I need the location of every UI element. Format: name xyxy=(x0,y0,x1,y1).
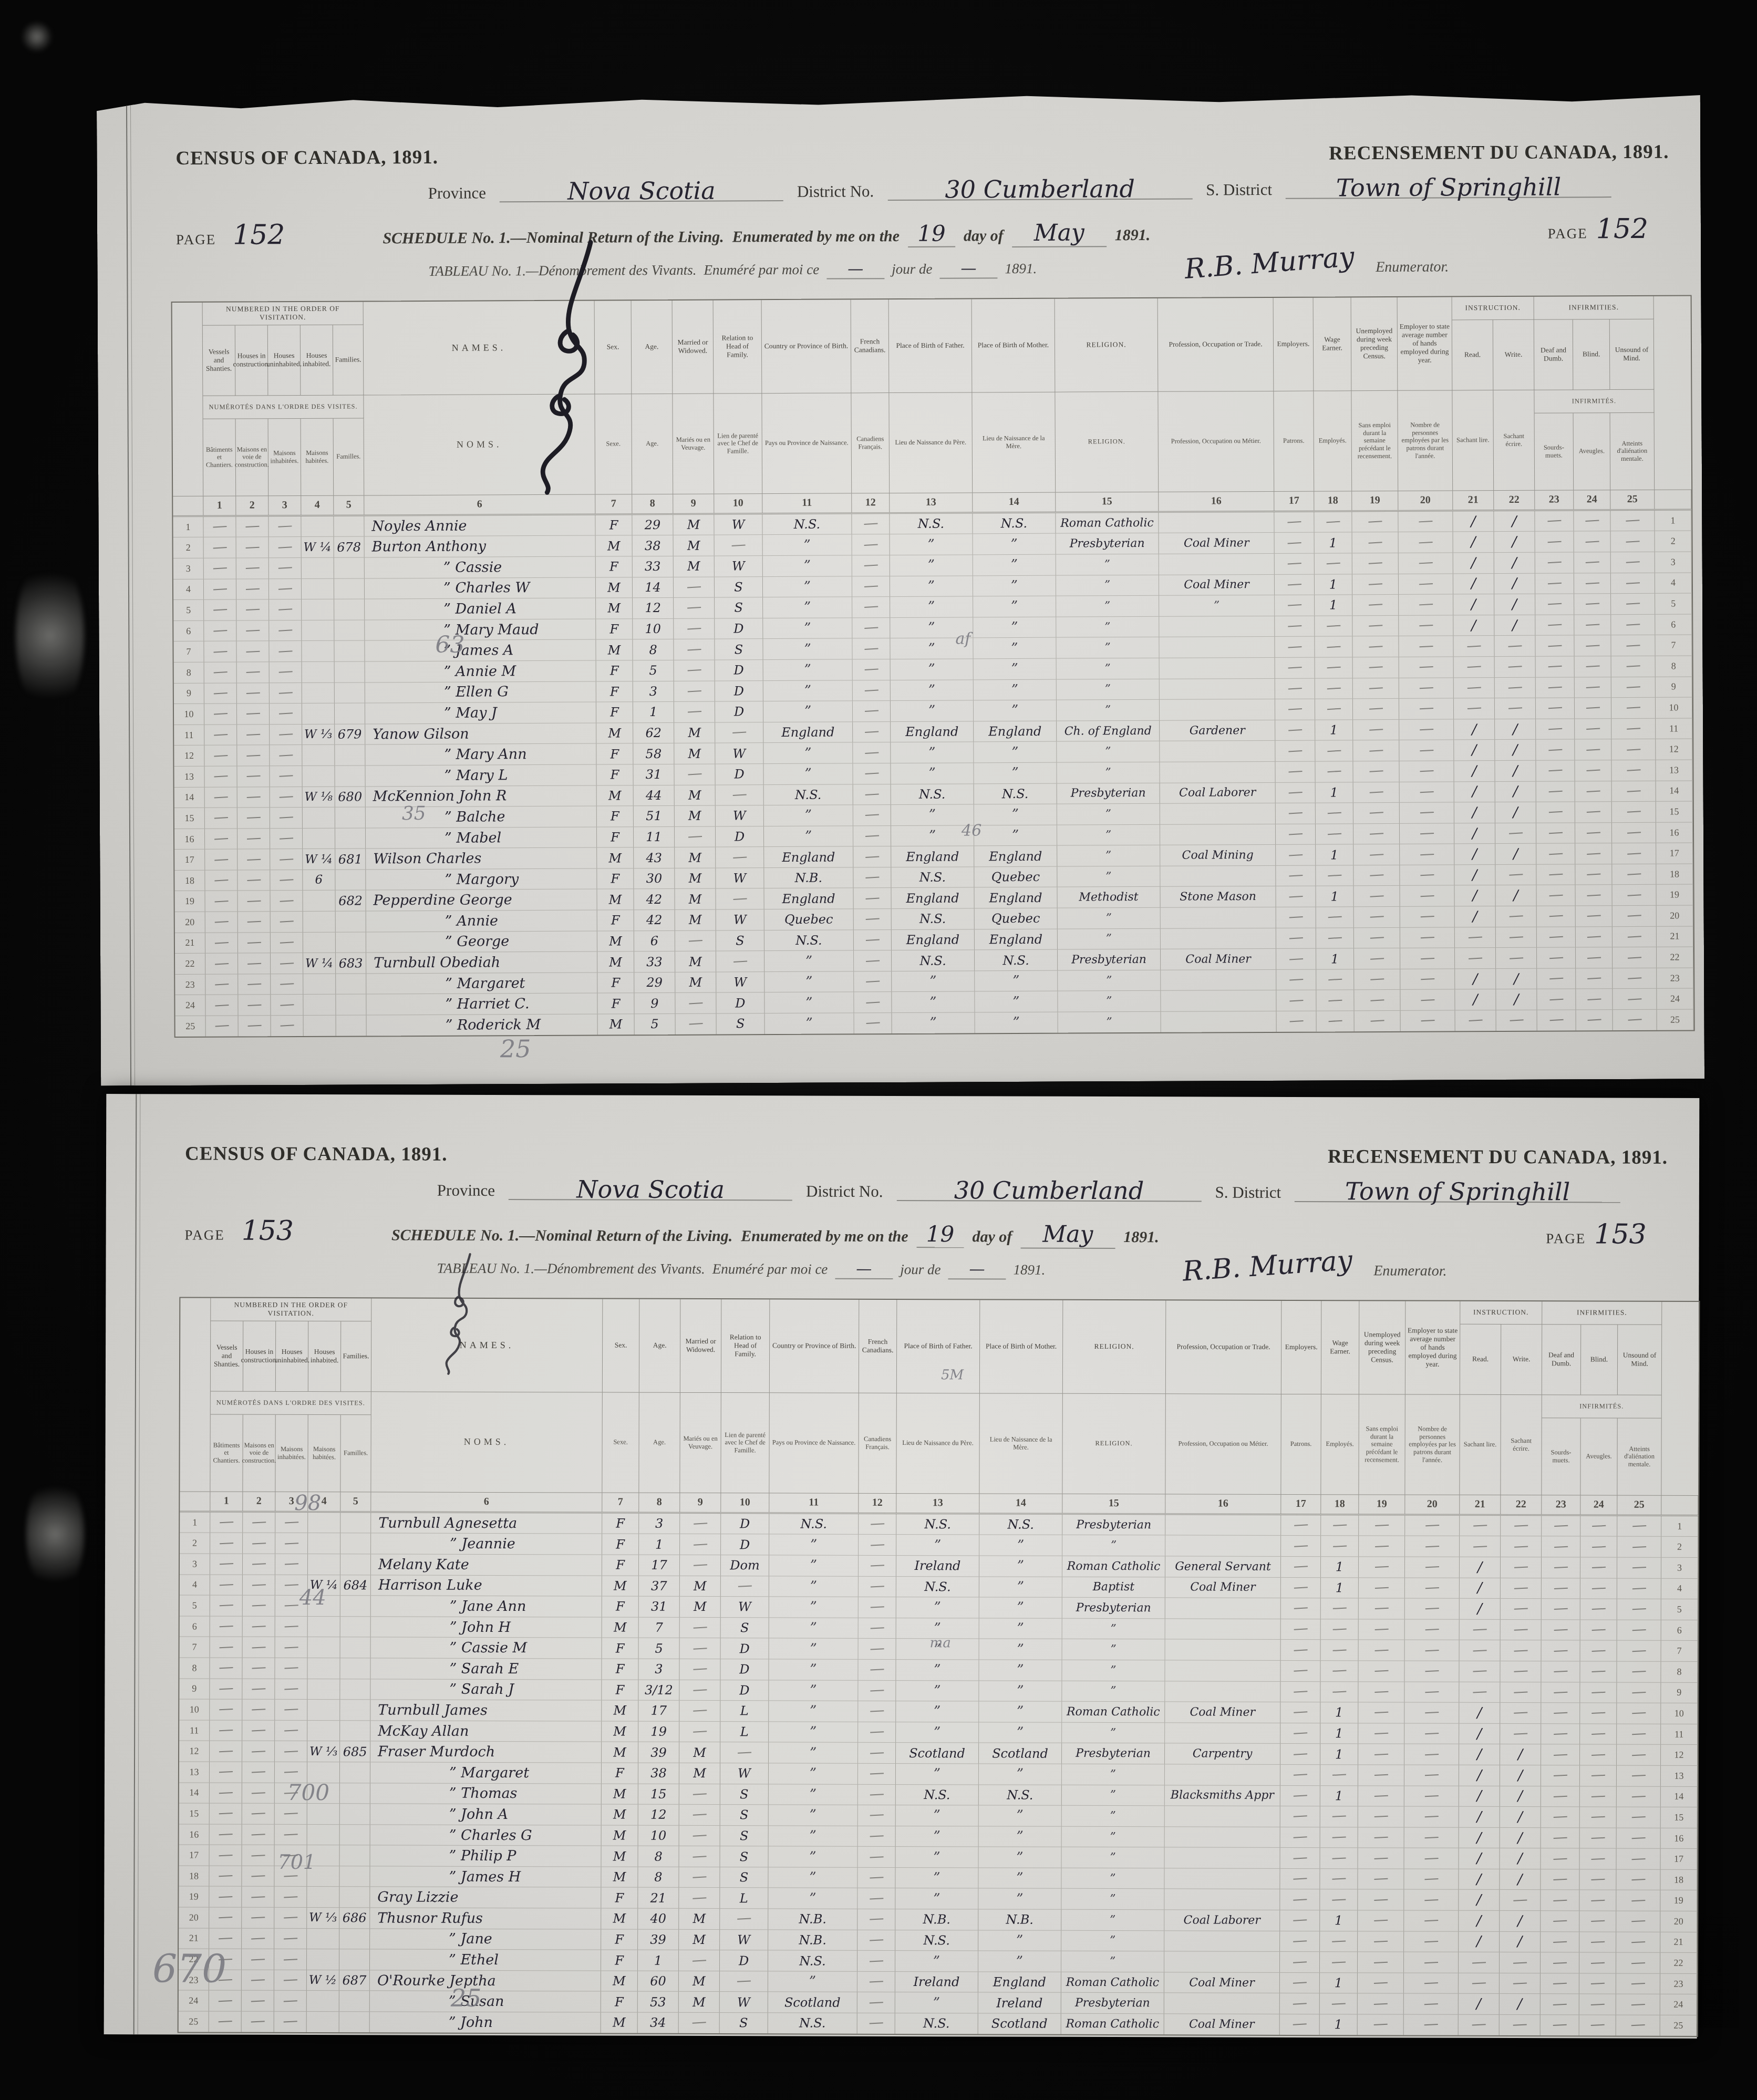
enumerated-month-fr: — xyxy=(948,1260,1006,1279)
col-employers xyxy=(1276,907,1316,928)
col-sex: M xyxy=(601,1867,638,1887)
col-occupation: Coal Miner xyxy=(1164,1972,1280,1993)
col-father-birthplace: England xyxy=(891,721,974,742)
col-religion: ” xyxy=(1058,929,1161,949)
col-write xyxy=(1501,1536,1542,1557)
col-houses-uninhabited xyxy=(270,683,302,704)
col-mother-birthplace: ” xyxy=(973,638,1056,658)
col-header-occupation-fr: Profession, Occupation ou Métier. xyxy=(1158,391,1274,492)
col-unsound xyxy=(1611,718,1656,739)
col-relation xyxy=(721,1576,769,1597)
row-number: 4 xyxy=(173,579,204,599)
col-birthplace: ” xyxy=(769,1847,858,1867)
col-header-uninhabited-en: Houses uninhabited. xyxy=(268,325,301,396)
col-houses-uninhabited xyxy=(270,808,303,828)
corner-cell xyxy=(180,1492,210,1511)
column-number: 3 xyxy=(268,496,301,515)
col-hands-employed xyxy=(1404,1994,1459,2014)
col-header-read-fr: Sachant lire. xyxy=(1460,1395,1501,1495)
col-header-deaf-fr: Sourds-muets. xyxy=(1542,1418,1580,1495)
col-birthplace: ” xyxy=(769,1826,858,1846)
col-hands-employed xyxy=(1405,1515,1460,1536)
col-married: M xyxy=(680,1597,721,1617)
col-write xyxy=(1495,698,1536,719)
col-vessels xyxy=(210,1637,243,1658)
table-header: NUMBERED IN THE ORDER OF VISITATION. Ves… xyxy=(172,296,1692,496)
col-houses-construction xyxy=(242,1949,274,1970)
col-blind xyxy=(1575,760,1611,781)
group-visitation-fr: NUMÉROTÉS DANS L'ORDRE DES VISITES. xyxy=(211,1391,371,1415)
col-header-occupation-fr: Profession, Occupation ou Métier. xyxy=(1165,1394,1281,1494)
col-occupation: Stone Mason xyxy=(1160,886,1276,907)
col-vessels xyxy=(210,1679,242,1699)
day-of-label-fr: jour de xyxy=(892,261,932,277)
group-instruction-en: INSTRUCTION. xyxy=(1460,1301,1542,1325)
col-wage-earner xyxy=(1321,1640,1359,1660)
col-unemployed xyxy=(1353,865,1400,886)
col-houses-construction xyxy=(237,766,270,787)
col-employers xyxy=(1276,969,1316,990)
col-family-number xyxy=(340,1825,370,1845)
col-family-number xyxy=(335,870,366,890)
col-deaf xyxy=(1542,1641,1580,1661)
col-blind xyxy=(1579,1890,1616,1911)
col-read: / xyxy=(1459,1827,1500,1848)
row-number: 11 xyxy=(1661,1724,1698,1745)
column-number: 17 xyxy=(1274,491,1314,510)
col-read xyxy=(1459,1952,1500,1973)
col-write: / xyxy=(1500,1807,1541,1827)
col-birthplace: England xyxy=(764,847,853,867)
col-name: ” John H xyxy=(371,1617,602,1638)
col-unemployed xyxy=(1353,844,1400,865)
column-number: 4 xyxy=(308,1492,340,1511)
col-french-canadian xyxy=(853,784,891,805)
col-houses-uninhabited xyxy=(271,933,303,953)
col-relation: W xyxy=(720,1763,769,1784)
col-father-birthplace: ” xyxy=(891,742,974,763)
col-write: / xyxy=(1496,989,1537,1010)
col-age: 8 xyxy=(633,639,674,660)
col-houses-construction xyxy=(237,683,270,704)
col-vessels xyxy=(206,1016,239,1037)
col-read: / xyxy=(1459,1931,1500,1952)
col-name: ” Margaret xyxy=(366,973,597,994)
row-number: 25 xyxy=(1660,2015,1697,2036)
col-father-birthplace: ” xyxy=(896,1722,979,1743)
col-sex: F xyxy=(596,681,633,702)
col-name: Thusnor Rufus xyxy=(370,1908,601,1929)
col-hands-employed xyxy=(1400,886,1454,906)
col-header-read-fr: Sachant lire. xyxy=(1452,390,1494,490)
col-unsound xyxy=(1611,573,1655,593)
col-wage-earner xyxy=(1320,1848,1358,1868)
col-father-birthplace: ” xyxy=(891,805,974,825)
col-name: ” Annie xyxy=(366,911,597,932)
row-number: 8 xyxy=(1661,1662,1698,1682)
group-visitation-fr: NUMÉROTÉS DANS L'ORDRE DES VISITES. xyxy=(203,395,364,419)
col-houses-uninhabited xyxy=(275,1721,307,1741)
col-unemployed xyxy=(1352,636,1399,657)
col-mother-birthplace: ” xyxy=(978,1951,1061,1972)
col-age: 14 xyxy=(633,577,674,597)
col-vessels xyxy=(204,537,236,558)
table-row: 8” Sarah EF3D””””8 xyxy=(179,1657,1698,1682)
col-family-number: 686 xyxy=(339,1908,370,1928)
col-mother-birthplace: England xyxy=(974,887,1057,908)
col-employers xyxy=(1281,1536,1321,1556)
col-houses-uninhabited xyxy=(270,829,303,849)
col-name: ” Philip P xyxy=(370,1846,602,1867)
col-houses-construction xyxy=(236,516,268,537)
row-number: 6 xyxy=(1661,1620,1698,1641)
col-unemployed xyxy=(1359,1536,1405,1557)
col-married xyxy=(674,618,715,639)
col-houses-uninhabited xyxy=(270,891,303,911)
col-houses-construction xyxy=(243,1533,275,1554)
col-family-number xyxy=(334,641,365,661)
col-houses-uninhabited xyxy=(274,1908,307,1928)
col-family-number xyxy=(340,1804,370,1824)
col-vessels xyxy=(204,579,236,599)
col-occupation xyxy=(1165,1660,1280,1681)
col-age: 3 xyxy=(638,1659,679,1680)
col-vessels xyxy=(210,1533,243,1554)
col-french-canadian xyxy=(853,805,891,825)
col-occupation xyxy=(1165,1681,1280,1702)
col-sex: F xyxy=(602,1597,639,1617)
col-deaf xyxy=(1541,1828,1580,1848)
col-write xyxy=(1495,865,1536,885)
col-relation xyxy=(720,1742,769,1763)
col-unsound xyxy=(1611,552,1655,573)
col-read: / xyxy=(1460,1599,1501,1619)
col-deaf xyxy=(1541,1994,1579,2015)
col-occupation xyxy=(1165,1536,1281,1556)
col-unemployed xyxy=(1358,1661,1404,1681)
col-hands-employed xyxy=(1399,532,1453,553)
col-header-inhabited-en: Houses inhabited. xyxy=(308,1321,341,1392)
col-unemployed xyxy=(1354,969,1400,990)
col-relation: W xyxy=(721,1597,769,1617)
col-french-canadian xyxy=(853,701,891,721)
col-sex: F xyxy=(602,1534,639,1555)
pencil-note: 25 xyxy=(500,1037,531,1061)
col-blind xyxy=(1580,1599,1617,1620)
col-wage-earner xyxy=(1315,553,1352,574)
col-wage-earner xyxy=(1320,1994,1358,2014)
col-name: ” Margory xyxy=(366,868,597,890)
col-write xyxy=(1494,636,1535,656)
col-houses-uninhabited xyxy=(274,1866,307,1887)
col-birthplace: ” xyxy=(769,1576,859,1597)
col-married: M xyxy=(675,847,716,868)
col-birthplace: ” xyxy=(764,992,854,1013)
col-vessels xyxy=(210,1512,243,1533)
row-number: 4 xyxy=(180,1575,210,1595)
col-married xyxy=(680,1638,721,1659)
col-wage-earner xyxy=(1320,1806,1358,1827)
col-read: / xyxy=(1454,719,1495,740)
col-hands-employed xyxy=(1404,1807,1459,1827)
table-row: 18” James HM8S””””//18 xyxy=(179,1865,1697,1890)
col-birthplace: ” xyxy=(769,1805,858,1825)
col-religion: ” xyxy=(1056,554,1159,575)
col-deaf xyxy=(1535,636,1574,656)
col-birthplace: ” xyxy=(769,1597,859,1618)
col-mother-birthplace: ” xyxy=(979,1598,1062,1618)
col-houses-uninhabited xyxy=(275,1533,308,1554)
col-houses-uninhabited xyxy=(274,2012,307,2032)
col-relation: W xyxy=(716,868,764,888)
col-occupation: Coal Miner xyxy=(1164,2014,1280,2034)
col-sex: F xyxy=(602,1638,639,1659)
col-wage-earner: 1 xyxy=(1320,1973,1358,1993)
col-father-birthplace: ” xyxy=(896,1639,979,1659)
col-header-wage-fr: Employés. xyxy=(1321,1394,1359,1494)
col-name: ” Annie M xyxy=(365,660,596,682)
col-french-canadian xyxy=(852,638,890,659)
col-occupation xyxy=(1161,928,1276,949)
col-occupation: Blacksmiths Appr xyxy=(1165,1785,1280,1806)
col-house: W ⅓ xyxy=(307,1741,340,1762)
col-married xyxy=(680,1534,721,1555)
col-religion: ” xyxy=(1057,762,1160,783)
col-wage-earner xyxy=(1315,678,1353,699)
col-married xyxy=(679,1867,720,1888)
col-sex: M xyxy=(597,785,634,806)
col-name: ” Roderick M xyxy=(367,1015,598,1036)
col-houses-construction xyxy=(237,891,270,912)
col-family-number xyxy=(336,912,366,932)
column-number: 8 xyxy=(639,1493,680,1512)
col-mother-birthplace: ” xyxy=(978,1847,1061,1868)
col-employers xyxy=(1275,533,1315,553)
col-write xyxy=(1500,1952,1541,1973)
col-read: / xyxy=(1455,969,1496,989)
col-religion: ” xyxy=(1061,1847,1164,1868)
col-house xyxy=(303,932,336,953)
col-unsound xyxy=(1617,1745,1661,1765)
col-french-canadian xyxy=(857,1888,895,1909)
row-number: 11 xyxy=(1656,718,1692,739)
col-houses-construction xyxy=(242,1720,275,1741)
col-french-canadian xyxy=(854,930,892,950)
col-age: 8 xyxy=(638,1867,679,1888)
col-hands-employed xyxy=(1405,1536,1460,1557)
film-speck xyxy=(21,21,53,53)
col-read: / xyxy=(1459,1848,1500,1869)
col-blind xyxy=(1579,1953,1616,1973)
col-wage-earner: 1 xyxy=(1316,845,1353,865)
col-deaf xyxy=(1536,802,1575,823)
col-father-birthplace: ” xyxy=(895,1888,978,1909)
col-header-relation-fr: Lien de parenté avec le Chef de Famille. xyxy=(714,394,762,493)
col-french-canadian xyxy=(857,1972,895,1992)
col-header-occupation-en: Profession, Occupation or Trade. xyxy=(1166,1300,1281,1394)
col-hands-employed xyxy=(1399,699,1454,719)
col-unemployed xyxy=(1353,761,1399,782)
col-french-canadian xyxy=(858,1764,896,1784)
col-read xyxy=(1460,1516,1501,1536)
col-name: ” Mary L xyxy=(365,764,596,786)
col-religion: ” xyxy=(1062,1535,1165,1556)
row-number: 16 xyxy=(1656,822,1693,843)
enumerated-year: 1891. xyxy=(1115,226,1151,244)
col-read: / xyxy=(1459,1744,1500,1765)
subdistrict-label: S. District xyxy=(1215,1183,1281,1202)
enumerator-label: Enumerator. xyxy=(1373,1263,1446,1279)
col-house xyxy=(308,1596,340,1616)
col-unsound xyxy=(1613,906,1657,926)
col-header-birthplace-fr: Pays ou Province de Naissance. xyxy=(762,393,852,493)
column-number: 21 xyxy=(1453,491,1494,510)
col-french-canadian xyxy=(859,1597,896,1618)
col-houses-construction xyxy=(238,974,271,995)
col-employers xyxy=(1276,990,1316,1011)
col-house xyxy=(307,1991,339,2011)
col-house xyxy=(302,745,335,765)
col-write: / xyxy=(1500,1869,1541,1890)
col-name: ” Jane xyxy=(370,1929,601,1950)
col-name: ” Cassie xyxy=(365,557,596,578)
col-unsound xyxy=(1612,781,1656,801)
col-hands-employed xyxy=(1404,1661,1459,1681)
col-vessels xyxy=(210,1783,242,1803)
col-occupation xyxy=(1161,970,1276,991)
row-number: 5 xyxy=(1655,594,1692,614)
col-occupation xyxy=(1160,658,1275,679)
col-header-hands-fr: Nombre de personnes employées par les pa… xyxy=(1398,390,1453,490)
col-hands-employed xyxy=(1404,1911,1459,1931)
table-row: 3Melany KateF17Dom”Ireland”Roman Catholi… xyxy=(180,1553,1698,1578)
col-mother-birthplace: Scotland xyxy=(979,1743,1062,1764)
col-deaf xyxy=(1541,1786,1580,1807)
col-write: / xyxy=(1494,511,1535,532)
col-mother-birthplace: N.S. xyxy=(974,783,1057,804)
col-houses-uninhabited xyxy=(275,1513,308,1533)
col-house xyxy=(307,1887,339,1908)
table-row: 10Turnbull JamesM17L”””Roman CatholicCoa… xyxy=(179,1699,1698,1724)
col-vessels xyxy=(210,1700,242,1720)
col-religion: Presbyterian xyxy=(1062,1598,1165,1618)
col-house xyxy=(308,1513,340,1533)
row-number: 22 xyxy=(1657,947,1693,968)
col-name: Burton Anthony xyxy=(365,536,596,557)
col-name: ” Charles G xyxy=(370,1825,602,1846)
col-read: / xyxy=(1459,1994,1500,2014)
col-sex: M xyxy=(596,598,633,618)
col-age: 39 xyxy=(638,1742,679,1763)
column-number: 10 xyxy=(714,494,762,513)
col-house: W ⅓ xyxy=(307,1908,339,1928)
col-father-birthplace: N.S. xyxy=(896,1514,979,1535)
col-house xyxy=(303,995,336,1015)
col-unemployed xyxy=(1358,1702,1404,1723)
col-mother-birthplace: Quebec xyxy=(975,908,1058,929)
col-wage-earner xyxy=(1316,907,1354,927)
col-father-birthplace: England xyxy=(891,846,974,867)
column-number: 7 xyxy=(602,1493,639,1512)
col-hands-employed xyxy=(1404,1952,1459,1973)
col-read xyxy=(1459,1682,1500,1702)
col-family-number xyxy=(339,1866,370,1887)
col-mother-birthplace: England xyxy=(978,1972,1061,1992)
enumerated-day: 19 xyxy=(908,220,955,247)
col-father-birthplace: ” xyxy=(896,1847,979,1867)
corner-cell xyxy=(1661,1496,1698,1515)
col-relation xyxy=(716,951,764,971)
row-number: 19 xyxy=(1660,1890,1697,1911)
col-father-birthplace: ” xyxy=(896,1701,979,1722)
col-header-unemployed-en: Unemployed during week preceding Census. xyxy=(1359,1301,1405,1394)
col-married: M xyxy=(674,743,715,764)
col-religion: ” xyxy=(1057,700,1160,720)
col-unsound xyxy=(1617,1516,1661,1536)
col-houses-uninhabited xyxy=(274,1991,307,2011)
table-row: 25” JohnM34SN.S.N.S.ScotlandRoman Cathol… xyxy=(179,2011,1697,2035)
col-sex: M xyxy=(597,889,634,910)
col-relation: W xyxy=(720,1930,768,1950)
col-occupation: Coal Laborer xyxy=(1160,782,1276,803)
col-read xyxy=(1454,657,1495,677)
col-occupation xyxy=(1164,1993,1280,2014)
col-relation: S xyxy=(717,1013,765,1034)
col-french-canadian xyxy=(858,1701,896,1722)
enumerated-year-fr: 1891. xyxy=(1005,261,1037,277)
col-family-number xyxy=(334,620,365,640)
census-title-en: CENSUS OF CANADA, 1891. xyxy=(185,1142,448,1165)
col-header-wage-en: Wage Earner. xyxy=(1314,297,1352,391)
census-title-fr: RECENSEMENT DU CANADA, 1891. xyxy=(1328,1145,1668,1169)
col-house: W ½ xyxy=(307,1970,339,1991)
col-name: ” Ellen G xyxy=(365,681,596,703)
col-hands-employed xyxy=(1400,844,1454,865)
col-houses-construction xyxy=(242,1824,275,1845)
schedule-title-en: SCHEDULE No. 1.—Nominal Return of the Li… xyxy=(391,1226,732,1245)
col-birthplace: ” xyxy=(769,1618,859,1638)
col-hands-employed xyxy=(1399,719,1454,740)
table-row: 9” Sarah JF3/12D””””9 xyxy=(179,1678,1698,1703)
col-deaf xyxy=(1542,1516,1580,1536)
col-hands-employed xyxy=(1405,1599,1460,1619)
row-number: 15 xyxy=(1661,1807,1698,1828)
col-houses-uninhabited xyxy=(275,1845,307,1866)
col-employers xyxy=(1281,1640,1321,1660)
corner-cell xyxy=(1661,1302,1699,1495)
col-mother-birthplace: ” xyxy=(974,659,1057,679)
col-deaf xyxy=(1537,1010,1576,1030)
row-number: 21 xyxy=(1657,926,1693,947)
col-french-canadian xyxy=(859,1576,896,1597)
col-relation: S xyxy=(715,597,763,618)
col-employers xyxy=(1280,1910,1320,1931)
col-unsound xyxy=(1617,1724,1661,1744)
col-father-birthplace: ” xyxy=(892,992,975,1012)
col-houses-construction xyxy=(237,662,270,682)
col-father-birthplace: N.S. xyxy=(891,867,974,887)
col-house xyxy=(302,599,334,620)
row-number: 15 xyxy=(1656,802,1693,822)
col-houses-construction xyxy=(242,1804,275,1824)
col-occupation xyxy=(1165,1827,1280,1847)
col-header-uninhabited-en: Houses uninhabited. xyxy=(276,1321,308,1392)
row-number: 21 xyxy=(175,933,205,953)
col-house xyxy=(302,641,334,661)
col-houses-construction xyxy=(243,1554,275,1575)
col-hands-employed xyxy=(1404,1890,1459,1910)
col-vessels xyxy=(205,995,238,1016)
